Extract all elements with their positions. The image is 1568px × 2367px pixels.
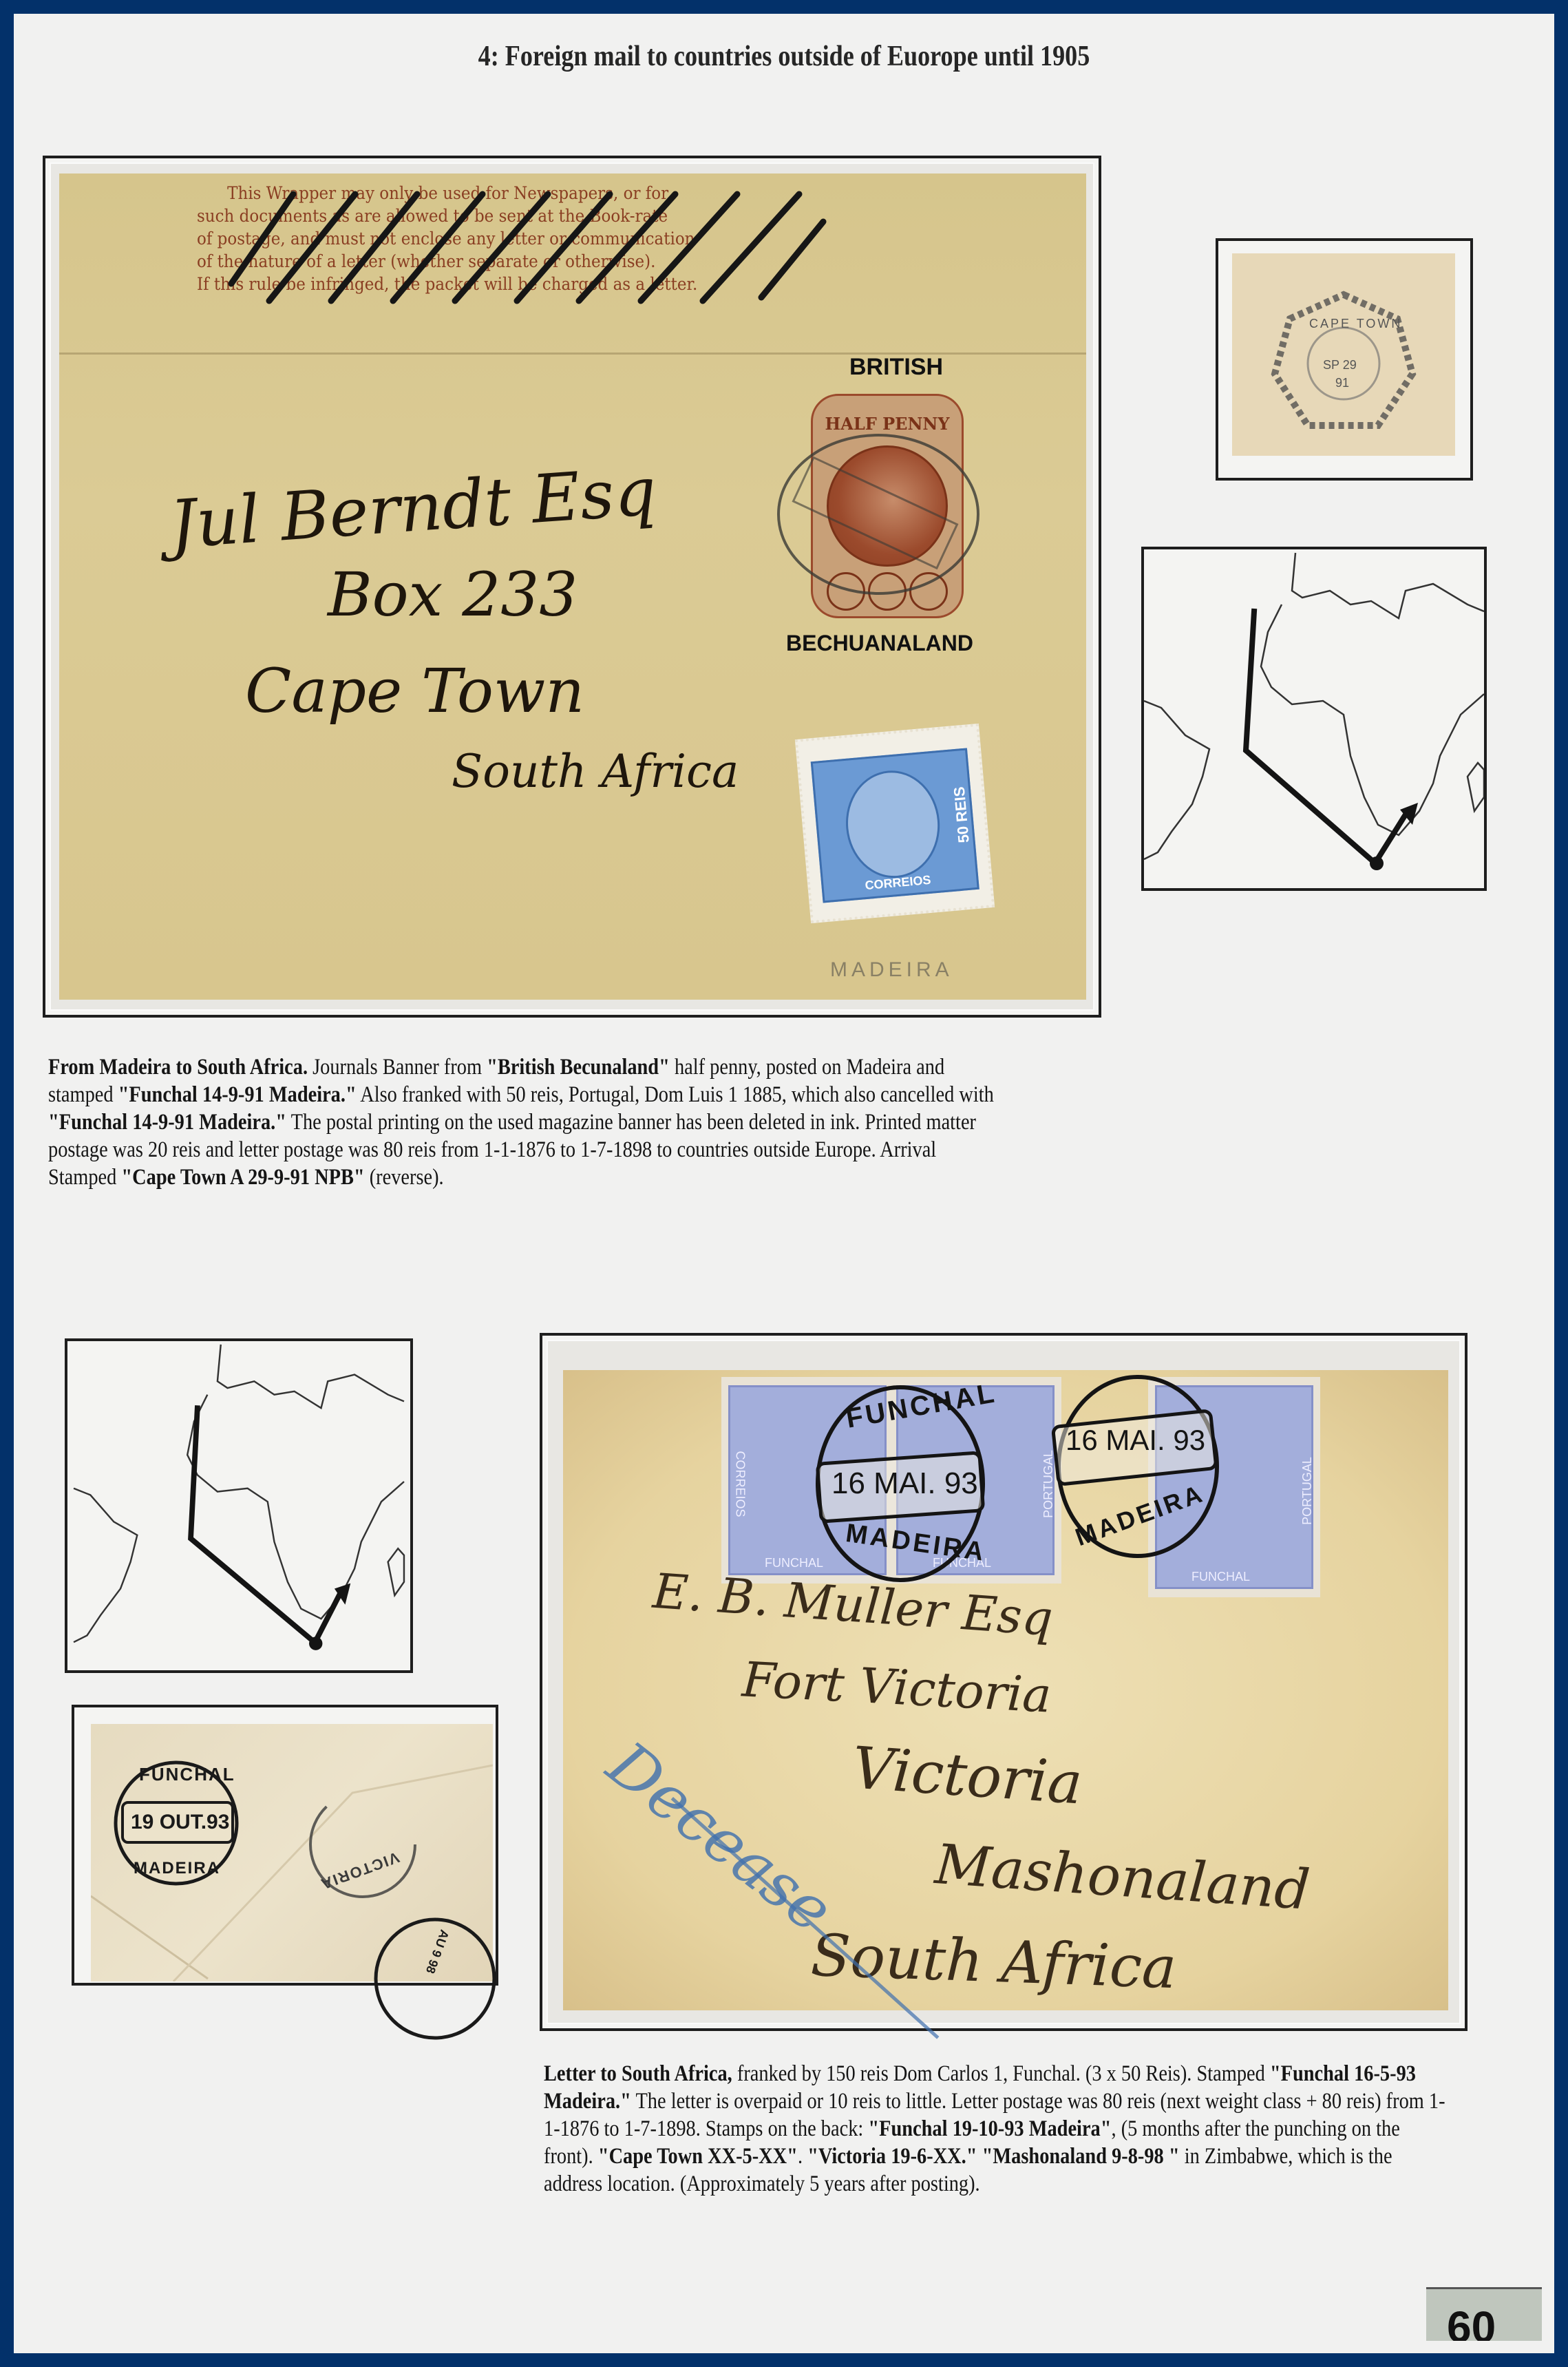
caption-segment: Journals Banner from <box>308 1055 487 1080</box>
address-line-1: Jul Berndt Esq <box>167 452 659 563</box>
album-page: 4: Foreign mail to countries outside of … <box>14 14 1554 2353</box>
overprint-british: BRITISH <box>849 354 943 381</box>
cape-town-hexagon-postmark <box>1232 253 1455 456</box>
caption-cover2-text: Letter to South Africa, franked by 150 r… <box>544 2061 1445 2196</box>
address-line-4: South Africa <box>452 745 739 798</box>
salisbury-backstamp <box>366 1910 504 2048</box>
page-title: 4: Foreign mail to countries outside of … <box>122 40 1447 73</box>
caption-segment: "Cape Town A 29-9-91 NPB" <box>121 1165 364 1190</box>
funchal-postmark-cover1 <box>768 428 988 600</box>
cape-town-cutout: CAPE TOWN SP 29 91 <box>1232 253 1455 456</box>
stamp-portrait-icon <box>842 767 944 882</box>
postmark-madeira-partial: MADEIRA <box>830 958 953 982</box>
ink-deletion-strokes <box>218 180 906 318</box>
address-2-line-3: Victoria <box>850 1734 1085 1817</box>
cover1-wrapper: This Wrapper may only be used for Newspa… <box>59 173 1086 1000</box>
cover2-back-frame: FUNCHAL 19 OUT.93 MADEIRA VICTORIA AU 9 … <box>72 1705 498 1986</box>
caption-segment: "Victoria 19-6-XX." <box>807 2144 977 2169</box>
address-line-2: Box 233 <box>328 559 578 630</box>
caption-segment: "Funchal 14-9-91 Madeira." <box>118 1082 357 1107</box>
caption-segment: . <box>798 2144 807 2169</box>
route-map-1 <box>1141 547 1487 891</box>
caption-cover1: From Madeira to South Africa. Journals B… <box>48 1053 1007 1191</box>
cover1-frame: This Wrapper may only be used for Newspa… <box>43 156 1101 1018</box>
route-map-2 <box>65 1338 413 1673</box>
route-map-2-svg <box>67 1341 410 1670</box>
caption-segment: From Madeira to South Africa. <box>48 1055 308 1080</box>
caption-segment: "Funchal 14-9-91 Madeira." <box>48 1110 286 1135</box>
funchal-postmark-right <box>1045 1370 1238 1577</box>
blue-pencil-annotation: Decease <box>594 1728 846 1947</box>
caption-segment: Letter to South Africa, <box>544 2061 732 2086</box>
page-number-tab: 60 <box>1426 2287 1542 2341</box>
cover2-envelope: CORREIOS FUNCHAL PORTUGAL FUNCHAL PORTUG… <box>563 1370 1448 2010</box>
cover2-frame: CORREIOS FUNCHAL PORTUGAL FUNCHAL PORTUG… <box>540 1333 1468 2031</box>
route-map-1-svg <box>1144 549 1484 888</box>
address-2-line-5: South Africa <box>809 1922 1177 2001</box>
cape-town-cutout-frame: CAPE TOWN SP 29 91 <box>1216 238 1473 481</box>
stamp-50-reis-dom-luis: 50 REIS CORREIOS <box>795 724 995 923</box>
cover2-back: FUNCHAL 19 OUT.93 MADEIRA VICTORIA AU 9 … <box>91 1724 493 1981</box>
caption-cover2: Letter to South Africa, franked by 150 r… <box>544 2060 1447 2198</box>
caption-segment: "Mashonaland 9-8-98 " <box>982 2144 1180 2169</box>
caption-segment: (reverse). <box>365 1165 444 1190</box>
overprint-bechuanaland: BECHUANALAND <box>786 631 973 656</box>
caption-segment: "Funchal 19-10-93 Madeira" <box>868 2116 1111 2141</box>
blue-pencil-line <box>671 1797 940 2039</box>
caption-segment: "British Becunaland" <box>487 1055 670 1080</box>
caption-segment: franked by 150 reis Dom Carlos 1, Funcha… <box>732 2061 1270 2086</box>
address-line-3: Cape Town <box>245 655 584 726</box>
address-2-line-2: Fort Victoria <box>741 1651 1052 1723</box>
caption-segment: Also franked with 50 reis, Portugal, Dom… <box>357 1082 994 1107</box>
address-2-line-4: Mashonaland <box>933 1832 1312 1922</box>
caption-segment: "Cape Town XX-5-XX" <box>598 2144 798 2169</box>
caption-cover1-text: From Madeira to South Africa. Journals B… <box>48 1055 994 1190</box>
